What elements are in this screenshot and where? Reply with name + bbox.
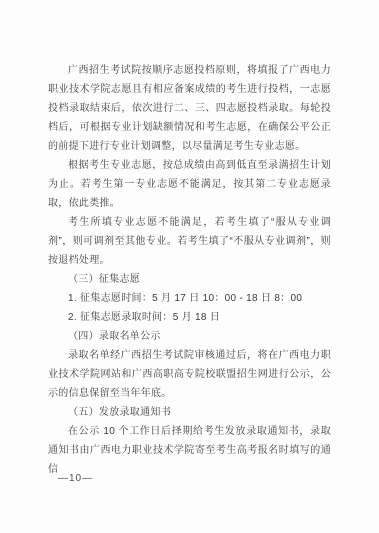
paragraph-dispatch-principle: 广西招生考试院按顺序志愿投档原则，将填报了广西电力职业技术学院志愿且有相应备案成… [48, 61, 331, 156]
paragraph-major-adjustment-policy: 考生所填专业志愿不能满足，若考生填了“服从专业调剂”，则可调剂至其他专业。若考生… [48, 213, 331, 270]
document-page: 广西招生考试院按顺序志愿投档原则，将填报了广西电力职业技术学院志愿且有相应备案成… [0, 0, 379, 533]
page-number: —10— [58, 473, 93, 484]
paragraph-major-assignment-order: 根据考生专业志愿，按总成绩由高到低直至录满招生计划为止。若考生第一专业志愿不能满… [48, 156, 331, 213]
list-item-collect-volunteer-time: 1. 征集志愿时间：5 月 17 日 10：00 - 18 日 8：00 [48, 289, 331, 308]
heading-collect-volunteers: （三）征集志愿 [48, 270, 331, 289]
document-body: 广西招生考试院按顺序志愿投档原则，将填报了广西电力职业技术学院志愿且有相应备案成… [48, 61, 331, 479]
heading-admission-list-publicity: （四）录取名单公示 [48, 327, 331, 346]
paragraph-admission-letter-delivery: 在公示 10 个工作日后择期给考生发放录取通知书，录取通知书由广西电力职业技术学… [48, 422, 331, 479]
paragraph-publicity-details: 录取名单经广西招生考试院审核通过后，将在广西电力职业技术学院网站和广西高职高专院… [48, 346, 331, 403]
list-item-collect-admission-time: 2. 征集志愿录取时间：5 月 18 日 [48, 308, 331, 327]
heading-send-admission-letter: （五）发放录取通知书 [48, 403, 331, 422]
